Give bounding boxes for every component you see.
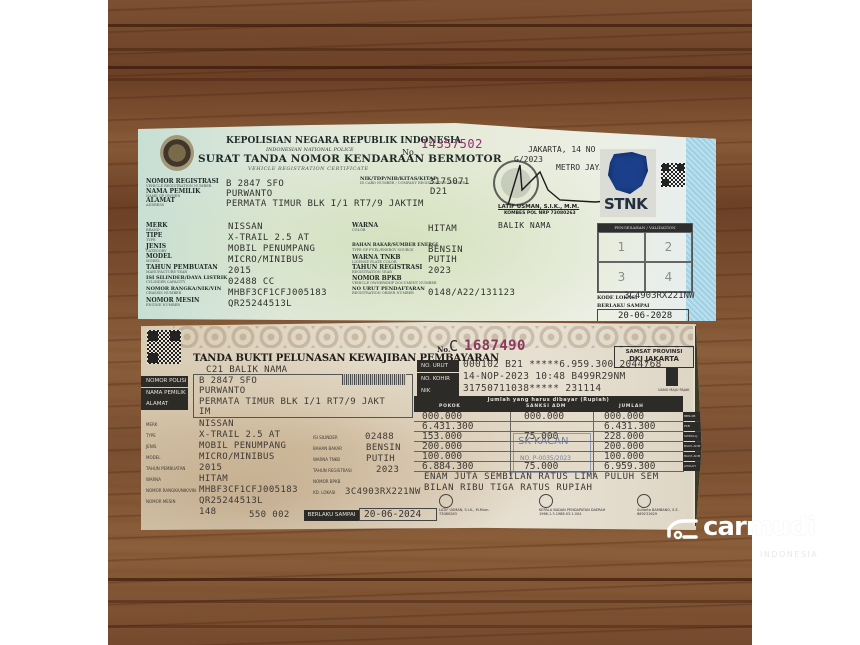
label-jenis: JENIS bbox=[146, 444, 156, 449]
validation-cell: 2 bbox=[645, 232, 692, 262]
brand-country: INDONESIA bbox=[760, 550, 818, 559]
serial-number: 1687490 bbox=[464, 338, 526, 354]
payment-row-label: PKB bbox=[683, 422, 701, 431]
value-jenis: MOBIL PENUMPANG bbox=[228, 244, 315, 254]
value-no-urut: 000102 B21 *****6.959.300 2044768 bbox=[463, 359, 662, 370]
label-nomor-bpkb: NOMOR BPKB bbox=[313, 479, 340, 484]
value-merk: NISSAN bbox=[228, 222, 263, 232]
column-jumlah: JUMLAH bbox=[619, 404, 644, 409]
label-model: MODEL bbox=[146, 455, 160, 460]
label-merk: MERK bbox=[146, 422, 157, 427]
payment-row-label: BBN-KB bbox=[683, 412, 701, 421]
signer-1: LATIF USMAN, S.I.K., M.Mum. 73080263 bbox=[439, 494, 490, 516]
label-nomor-polisi: NOMOR POLISI bbox=[141, 376, 188, 387]
value-alamat-line2: IM bbox=[199, 407, 211, 417]
value-jenis: MOBIL PENUMPANG bbox=[199, 441, 286, 451]
signer-id: 73080263 bbox=[439, 512, 490, 516]
value-tipe: X-TRAIL 2.5 AT bbox=[228, 233, 309, 243]
label-tahun-registrasi: TAHUN REGISTRASI bbox=[313, 468, 352, 473]
signer-3: Sutiarto BAMBANG, S.E. 689231629 bbox=[637, 494, 679, 516]
value-warna: HITAM bbox=[428, 224, 457, 234]
validation-cell: 1 bbox=[598, 232, 645, 262]
value-kode-lokasi: 3C4903RX221NW bbox=[624, 291, 694, 301]
stamp-number: NO. P-0035/2023 bbox=[520, 455, 590, 462]
officer-name: LATIF USMAN, S.I.K., M.M. bbox=[498, 204, 579, 210]
value-nik: 3175071 bbox=[429, 177, 470, 187]
label-model: MODELMODEL bbox=[146, 254, 172, 264]
payment-row-label: BIAYA ADM STNK bbox=[683, 442, 701, 451]
value-merk: NISSAN bbox=[199, 419, 234, 429]
label-tahun-pembuatan: TAHUN PEMBUATANMANUFACTURE YEAR bbox=[146, 265, 218, 275]
value-nomor-mesin: QR25244513L bbox=[199, 496, 263, 506]
value-warna-tnkb: PUTIH bbox=[428, 255, 457, 265]
label-kode-lokasi: KD. LOKASI bbox=[313, 490, 336, 495]
value-tahun-registrasi: 2023 bbox=[376, 465, 399, 475]
tax-payment-receipt: TANDA BUKTI PELUNASAN KEWAJIBAN PEMBAYAR… bbox=[141, 322, 713, 530]
payment-table-header: Jumlah yang harus dibayar (Rupiah) POKOK… bbox=[414, 396, 683, 412]
value-no-kohir: 14-NOP-2023 10:48 B499R29NM bbox=[463, 371, 626, 382]
label-type: TYPE bbox=[146, 433, 156, 438]
label-nomor-rangka: NOMOR RANGKA/NIK/VIN bbox=[146, 488, 196, 493]
badge-icon bbox=[666, 368, 678, 386]
value-isi-silinder: 02488 CC bbox=[228, 277, 275, 287]
signer-2: KEPALA BADAN PENDAPATAN DAERAH 1966.1.3.… bbox=[539, 494, 605, 516]
payment-row-label: JUMLAH bbox=[683, 462, 701, 471]
value-model: MICRO/MINIBUS bbox=[199, 452, 275, 462]
payment-cell-jumlah: 6.959.300 bbox=[604, 461, 655, 472]
amount-in-words-line1: ENAM JUTA SEMBILAN RATUS LIMA PULUH SEM bbox=[424, 472, 659, 482]
value-type: X-TRAIL 2.5 AT bbox=[199, 430, 280, 440]
vehicle-registration-certificate: KEPOLISIAN NEGARA REPUBLIK INDONESIA IND… bbox=[138, 123, 716, 321]
label-warna: WARNACOLOR bbox=[352, 223, 378, 233]
value-model: MICRO/MINIBUS bbox=[228, 255, 304, 265]
issue-place-date: JAKARTA, 14 NO bbox=[528, 145, 595, 154]
label-bahan-bakar: BAHAN BAKAR bbox=[313, 446, 342, 451]
payment-cell-sanksi: 000.000 bbox=[524, 411, 564, 422]
label-bahan-bakar: BAHAN BAKAR/SUMBER ENERGITYPE OF FUEL/EN… bbox=[352, 244, 438, 252]
label-nama-pemilik: NAMA PEMILIK bbox=[141, 388, 188, 399]
value-alamat: PERMATA TIMUR BLK I/1 RT7/9 JAKTIM bbox=[226, 199, 424, 209]
barcode-icon bbox=[342, 374, 406, 385]
label-nomor-bpkb: NOMOR BPKBVEHICLE OWNERSHIP DOCUMENT NUM… bbox=[352, 276, 437, 286]
indonesia-map-icon bbox=[608, 152, 648, 194]
value-berlaku-sampai: 20-06-2024 bbox=[359, 508, 437, 521]
document-title: SURAT TANDA NOMOR KENDARAAN BERMOTOR bbox=[198, 153, 502, 165]
value-warna-tnkb: PUTIH bbox=[366, 454, 395, 464]
label-alamat: ALAMATADDRESS bbox=[146, 198, 175, 208]
registration-note: BALIK NAMA bbox=[498, 221, 551, 230]
qr-code-icon bbox=[147, 330, 181, 364]
amount-in-words-line2: BILAN RIBU TIGA RATUS RUPIAH bbox=[424, 483, 593, 493]
value-kode-lokasi: 3C4903RX221NW bbox=[345, 487, 421, 497]
official-stamp: SK KACAN NO. P-0035/2023 bbox=[513, 433, 591, 473]
label-nomor-rangka: NOMOR RANGKA/NIK/VINCHASSIS NUMBER bbox=[146, 287, 221, 296]
footer-code-mid: 550 002 bbox=[249, 510, 290, 520]
badge-caption: UANG MAJU PAJAK bbox=[658, 388, 689, 392]
document-title-en: VEHICLE REGISTRATION CERTIFICATE bbox=[248, 166, 369, 172]
value-nik: 31750711038***** 231114 bbox=[463, 383, 601, 394]
value-bahan-bakar: BENSIN bbox=[428, 245, 463, 255]
value-nik-suffix: D21 bbox=[430, 187, 447, 197]
value-tahun-pembuatan: 2015 bbox=[228, 266, 251, 276]
validation-cell: 4 bbox=[645, 262, 692, 292]
ornament-pattern bbox=[173, 326, 693, 348]
value-nama-pemilik: PURWANTO bbox=[199, 386, 246, 396]
value-nama-pemilik: PURWANTO bbox=[226, 189, 273, 199]
value-tahun-registrasi: 2023 bbox=[428, 266, 451, 276]
label-warna-tnkb: WARNA TNKB bbox=[313, 457, 340, 462]
value-alamat-line1: PERMATA TIMUR BLK I/1 RT7/9 JAKT bbox=[199, 397, 385, 407]
label-nomor-mesin: NOMOR MESIN bbox=[146, 499, 175, 504]
label-no-urut: NO. URUT bbox=[417, 360, 459, 372]
serial-label: No. bbox=[402, 148, 416, 157]
car-logo-icon bbox=[666, 516, 702, 540]
label-nomor-mesin: NOMOR MESINENGINE NUMBER bbox=[146, 298, 200, 308]
payment-row-label: SWDKLLJ bbox=[683, 432, 701, 441]
label-no-kohir: NO. KOHIR bbox=[417, 373, 459, 385]
stamp-icon bbox=[637, 494, 651, 508]
stamp-icon bbox=[539, 494, 553, 508]
label-isi-silinder: ISI SILINDER bbox=[313, 435, 338, 440]
police-emblem-icon bbox=[160, 135, 194, 171]
hologram-text: STNK bbox=[604, 195, 647, 213]
payment-row-label: BIAYA ADM TNKB bbox=[683, 452, 701, 461]
value-berlaku-sampai: 20-06-2028 bbox=[597, 309, 689, 322]
signature-block: LATIF USMAN, S.I.K., M.Mum. 73080263 KEP… bbox=[439, 494, 689, 526]
stnk-hologram: STNK bbox=[600, 149, 656, 217]
label-berlaku-sampai: BERLAKU SAMPAI bbox=[304, 510, 359, 521]
value-nomor-mesin: QR25244513L bbox=[228, 299, 292, 309]
validation-header: PENGESAHAN / VALIDATION bbox=[598, 224, 692, 232]
value-nomor-rangka: MHBF3CF1CFJ005183 bbox=[228, 288, 327, 298]
value-isi-silinder: 02488 bbox=[365, 432, 394, 442]
value-no-urut-pendaftaran: 0148/A22/131123 bbox=[428, 288, 515, 298]
officer-rank: KOMBES POL NRP 73080263 bbox=[504, 211, 576, 216]
validation-box: PENGESAHAN / VALIDATION 1 2 3 4 bbox=[597, 223, 693, 293]
label-no-urut-pendaftaran: NO URUT PENDAFTARANREGISTRATION ORDER NU… bbox=[352, 287, 425, 296]
column-sanksi-adm: SANKSI ADM bbox=[526, 404, 566, 409]
qr-code-icon bbox=[661, 163, 685, 187]
label-alamat: ALAMAT bbox=[141, 399, 188, 410]
value-bahan-bakar: BENSIN bbox=[366, 443, 401, 453]
stamp-icon bbox=[439, 494, 453, 508]
column-pokok: POKOK bbox=[439, 404, 461, 409]
payment-caption: Jumlah yang harus dibayar (Rupiah) bbox=[414, 397, 683, 403]
signer-id: 1966.1.3.1988.03.1.004 bbox=[539, 512, 605, 516]
label-tahun-pembuatan: TAHUN PEMBUATAN bbox=[146, 466, 185, 471]
payment-cell-pokok: 6.884.300 bbox=[422, 461, 473, 472]
label-tipe: TIPETYPE bbox=[146, 233, 162, 243]
value-warna: HITAM bbox=[199, 474, 228, 484]
value-nomor-rangka: MHBF3CF1CFJ005183 bbox=[199, 485, 298, 495]
footer-code-left: 148 bbox=[199, 507, 216, 517]
value-nomor-polisi: B 2847 SFO bbox=[199, 376, 257, 386]
label-warna: WARNA bbox=[146, 477, 161, 482]
stamp-text: SK KACAN bbox=[518, 436, 590, 447]
serial-prefix: C bbox=[449, 337, 458, 355]
validation-cell: 3 bbox=[598, 262, 645, 292]
value-nomor-registrasi: B 2847 SFO bbox=[226, 179, 284, 189]
value-tahun-pembuatan: 2015 bbox=[199, 463, 222, 473]
serial-number: 14357502 bbox=[421, 137, 483, 151]
label-isi-silinder: ISI SILINDER/DAYA LISTRIKCYLINDER CAPACI… bbox=[146, 276, 227, 285]
label-tahun-registrasi: TAHUN REGISTRASIREGISTRATION YEAR bbox=[352, 265, 422, 275]
brand-name: carmudi bbox=[703, 512, 815, 542]
